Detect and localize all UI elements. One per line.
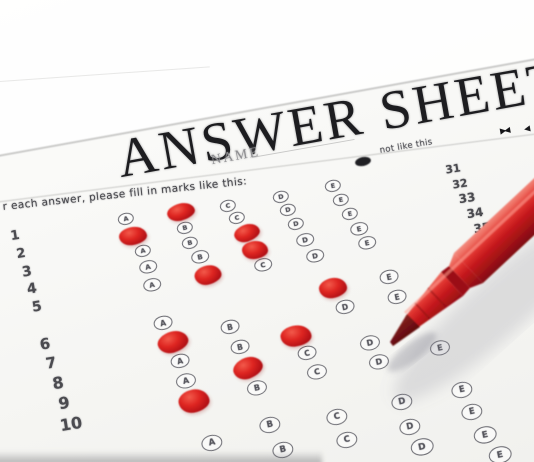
marked-answer xyxy=(177,387,212,415)
answer-bubble-e: E xyxy=(378,268,399,286)
marked-answer xyxy=(155,328,191,357)
question-number: 6 xyxy=(38,334,51,353)
question-number: 35 xyxy=(473,220,492,236)
marked-answer xyxy=(193,263,223,287)
question-number: 32 xyxy=(451,176,468,191)
answer-bubble-e: E xyxy=(357,235,377,252)
answer-bubble-b: B xyxy=(229,338,250,356)
answer-bubble-e: E xyxy=(386,288,407,306)
answer-bubble-e: E xyxy=(332,192,350,207)
answer-bubble-b: B xyxy=(219,318,240,336)
answer-bubble-d: D xyxy=(359,333,382,352)
question-number: 31 xyxy=(444,161,461,176)
marked-answer xyxy=(230,353,265,383)
answer-bubble-b: B xyxy=(176,220,194,235)
answer-bubble-a: A xyxy=(152,314,173,332)
answer-bubble-a: A xyxy=(175,371,198,390)
answer-bubble-d: D xyxy=(334,298,355,316)
answer-bubble-e: E xyxy=(349,221,369,238)
answer-bubble-c: C xyxy=(335,430,359,450)
answer-bubble-a: A xyxy=(142,277,162,294)
answer-bubble-e: E xyxy=(341,206,359,221)
answer-bubble-e: E xyxy=(450,380,474,400)
answer-bubble-d: D xyxy=(305,248,325,265)
marked-answer xyxy=(165,200,196,223)
answer-sheet-photo: ANSWER SHEET NAME r each answer, please … xyxy=(0,0,534,462)
marked-answer xyxy=(279,324,312,348)
answer-bubble-d: D xyxy=(272,189,290,204)
answer-bubble-e: E xyxy=(460,402,484,422)
answer-bubble-e: E xyxy=(472,424,498,445)
pen-cone xyxy=(405,272,463,329)
answer-bubble-c: C xyxy=(306,362,329,381)
question-number: 4 xyxy=(26,280,38,297)
paper-bottom-shadow xyxy=(0,451,322,462)
question-number: 9 xyxy=(57,393,71,414)
answer-bubble-d: D xyxy=(409,436,435,457)
answer-bubble-d: D xyxy=(368,352,391,371)
answer-bubble-b: B xyxy=(258,415,282,435)
answer-bubble-d: D xyxy=(390,392,414,412)
answer-bubble-b: B xyxy=(246,378,269,397)
answer-bubble-c: C xyxy=(296,344,317,362)
answer-bubble-d: D xyxy=(398,417,422,437)
answer-bubble-d: D xyxy=(295,232,315,249)
answer-bubble-e: E xyxy=(429,338,452,357)
question-number: 1 xyxy=(9,228,20,244)
question-number: 3 xyxy=(21,263,33,280)
answer-bubble-c: C xyxy=(228,210,246,225)
answer-bubble-a: A xyxy=(117,211,135,226)
answer-bubble-c: C xyxy=(253,257,273,274)
pen-barrel xyxy=(454,156,534,283)
question-number: 7 xyxy=(44,353,57,372)
answer-bubble-b: B xyxy=(181,235,199,250)
question-number: 10 xyxy=(59,413,84,435)
answer-bubble-b: B xyxy=(190,249,210,266)
cut-mark-edge-icon: ◀ xyxy=(523,124,531,134)
pen-felt-tip xyxy=(390,314,420,346)
answer-bubble-d: D xyxy=(279,202,297,217)
answer-bubble-a: A xyxy=(169,352,190,370)
answer-bubble-e: E xyxy=(324,178,342,193)
marked-answer xyxy=(318,276,349,300)
answer-bubble-a: A xyxy=(134,243,152,258)
question-number: 2 xyxy=(15,246,26,262)
cut-mark-icon: ▶◀ xyxy=(499,125,509,135)
answer-bubble-e: E xyxy=(487,444,513,462)
answer-bubble-d: D xyxy=(287,216,305,231)
question-number: 5 xyxy=(31,298,43,315)
question-number: 34 xyxy=(466,205,485,221)
pen-neck xyxy=(449,253,483,288)
pen-ring xyxy=(441,266,470,296)
answer-bubble-a: A xyxy=(138,259,158,276)
question-number: 8 xyxy=(51,373,65,394)
question-number: 33 xyxy=(458,190,477,206)
answer-bubble-c: C xyxy=(325,407,349,427)
